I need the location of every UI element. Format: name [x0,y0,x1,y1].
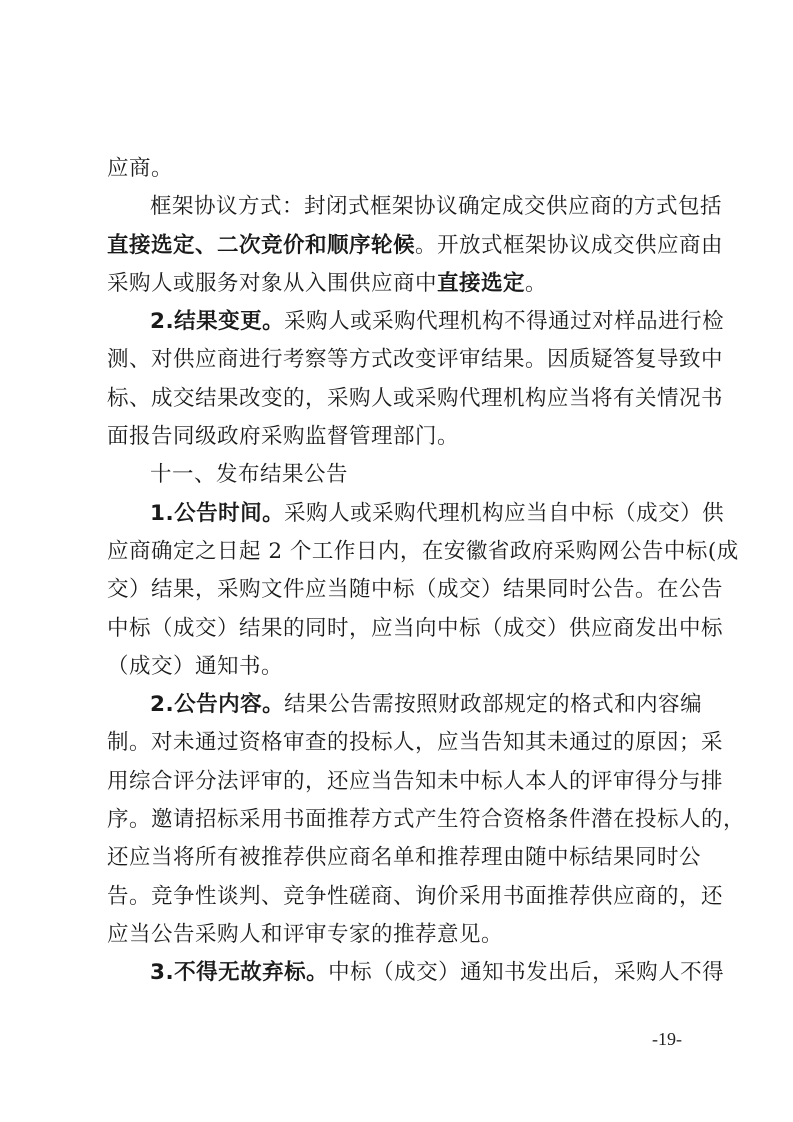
text-span: 交）结果，采购文件应当随中标（成交）结果同时公告。在公告 [107,577,723,602]
text-line: 面报告同级政府采购监督管理部门。 [107,418,691,456]
text-span: 还应当将所有被推荐供应商名单和推荐理由随中标结果同时公 [107,845,701,870]
text-span: 面报告同级政府采购监督管理部门。 [107,424,459,449]
bold-text: 直接选定 [437,271,525,296]
page-number: -19- [652,1029,682,1050]
text-span: 测、对供应商进行考察等方式改变评审结果。因质疑答复导致中 [107,347,723,372]
text-span: 采购人或采购代理机构应当自中标（成交）供 [284,501,724,526]
text-line: 2.结果变更。采购人或采购代理机构不得通过对样品进行检 [107,303,691,341]
text-span: 告。竞争性谈判、竞争性磋商、询价采用书面推荐供应商的，还 [107,884,723,909]
text-line: 应商。 [107,150,691,188]
section-heading: 十一、发布结果公告 [107,456,691,494]
text-line: 应当公告采购人和评审专家的推荐意见。 [107,916,691,954]
text-span: 应商。 [107,156,173,181]
text-span: 应商确定之日起 2 个工作日内，在安徽省政府采购网公告中标(成 [107,539,739,564]
text-line: 应商确定之日起 2 个工作日内，在安徽省政府采购网公告中标(成 [107,533,691,571]
text-line: （成交）通知书。 [107,648,691,686]
bold-text: 3.不得无故弃标。 [150,960,328,985]
text-line: 标、成交结果改变的，采购人或采购代理机构应当将有关情况书 [107,380,691,418]
text-span: 应当公告采购人和评审专家的推荐意见。 [107,922,503,947]
text-span: 采购人或采购代理机构不得通过对样品进行检 [284,309,724,334]
text-line: 采购人或服务对象从入围供应商中直接选定。 [107,265,691,303]
text-line: 序。邀请招标采用书面推荐方式产生符合资格条件潜在投标人的， [107,801,691,839]
text-span: 用综合评分法评审的，还应当告知未中标人本人的评审得分与排 [107,769,723,794]
text-line: 框架协议方式：封闭式框架协议确定成交供应商的方式包括 [107,188,691,226]
text-line: 还应当将所有被推荐供应商名单和推荐理由随中标结果同时公 [107,839,691,877]
text-span: 结果公告需按照财政部规定的格式和内容编 [284,692,702,717]
text-span: 制。对未通过资格审查的投标人，应当告知其未通过的原因；采 [107,730,723,755]
text-span: 序。邀请招标采用书面推荐方式产生符合资格条件潜在投标人的， [107,807,745,832]
text-line: 告。竞争性谈判、竞争性磋商、询价采用书面推荐供应商的，还 [107,878,691,916]
text-line: 中标（成交）结果的同时，应当向中标（成交）供应商发出中标 [107,610,691,648]
text-span: 中标（成交）通知书发出后，采购人不得 [328,960,724,985]
text-line: 3.不得无故弃标。中标（成交）通知书发出后，采购人不得 [107,954,691,992]
document-body: 应商。框架协议方式：封闭式框架协议确定成交供应商的方式包括直接选定、二次竞价和顺… [107,150,691,993]
text-span: 采购人或服务对象从入围供应商中 [107,271,437,296]
bold-text: 直接选定、二次竞价和顺序轮候 [107,233,415,258]
text-span: （成交）通知书。 [107,654,283,679]
bold-text: 2.结果变更。 [150,309,284,334]
text-line: 直接选定、二次竞价和顺序轮候。开放式框架协议成交供应商由 [107,227,691,265]
text-span: 标、成交结果改变的，采购人或采购代理机构应当将有关情况书 [107,386,723,411]
text-line: 1.公告时间。采购人或采购代理机构应当自中标（成交）供 [107,495,691,533]
bold-text: 1.公告时间。 [150,501,284,526]
bold-text: 2.公告内容。 [150,692,284,717]
text-line: 测、对供应商进行考察等方式改变评审结果。因质疑答复导致中 [107,341,691,379]
text-span: 中标（成交）结果的同时，应当向中标（成交）供应商发出中标 [107,616,723,641]
text-line: 2.公告内容。结果公告需按照财政部规定的格式和内容编 [107,686,691,724]
text-span: 十一、发布结果公告 [150,462,348,487]
text-line: 用综合评分法评审的，还应当告知未中标人本人的评审得分与排 [107,763,691,801]
text-span: 。开放式框架协议成交供应商由 [415,233,723,258]
text-line: 交）结果，采购文件应当随中标（成交）结果同时公告。在公告 [107,571,691,609]
text-span: 。 [525,271,547,296]
text-span: 框架协议方式：封闭式框架协议确定成交供应商的方式包括 [150,194,722,219]
text-line: 制。对未通过资格审查的投标人，应当告知其未通过的原因；采 [107,724,691,762]
